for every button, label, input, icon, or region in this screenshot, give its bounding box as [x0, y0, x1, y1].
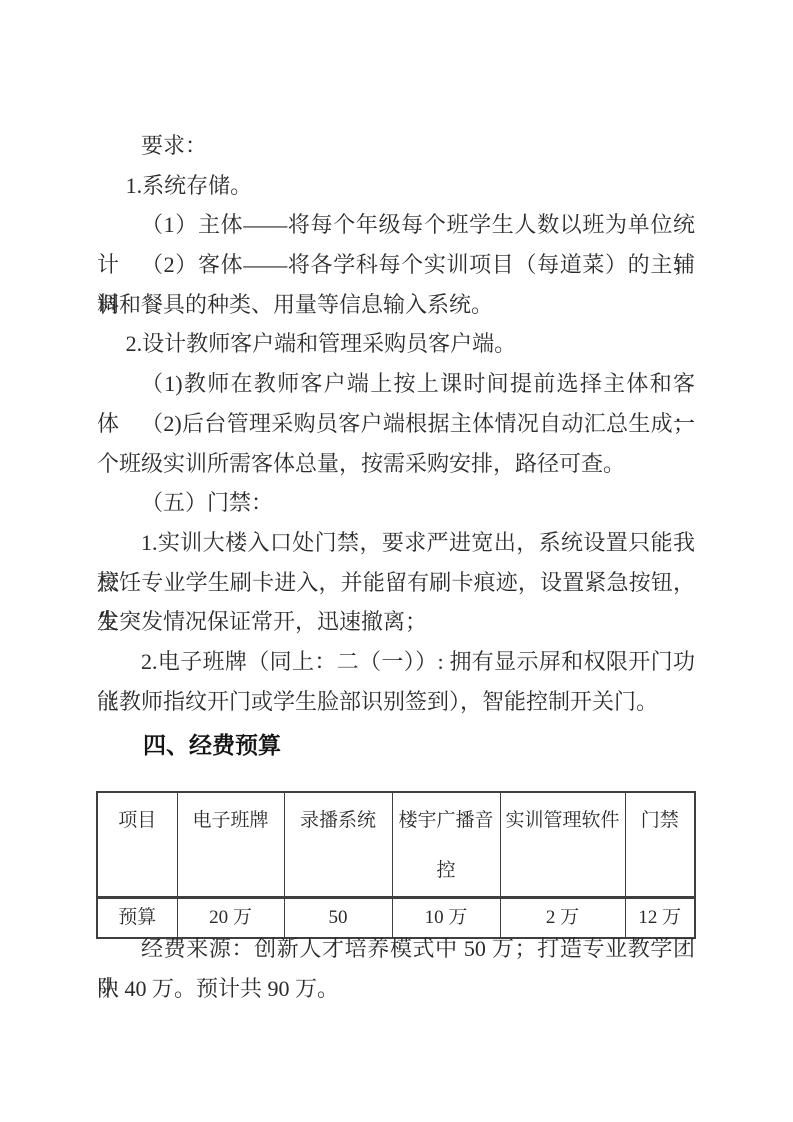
paragraph-line: （2）客体——将各学科每个实训项目（每道菜）的主辅调 — [97, 245, 695, 285]
table-header-cell-class-board: 电子班牌 — [177, 792, 284, 898]
paragraph-line: 中 40 万。预计共 90 万。 — [97, 969, 695, 1009]
table-header-cell-project: 项目 — [97, 792, 177, 898]
closing-paragraph: 经费来源：创新人才培养模式中 50 万；打造专业教学团队 中 40 万。预计共 … — [97, 929, 695, 1008]
paragraph-line: 个班级实训所需客体总量，按需采购安排，路径可查。 — [97, 444, 695, 484]
paragraph-line: （五）门禁： — [97, 483, 695, 523]
paragraph-line: （2)后台管理采购员客户端根据主体情况自动汇总生成一 — [97, 404, 695, 444]
table-header-row: 项目 电子班牌 录播系统 楼宇广播音控 实训管理软件 门禁 — [97, 792, 695, 898]
paragraph-line: 1.系统存储。 — [97, 166, 695, 206]
document-body: 要求： 1.系统存储。 （1）主体——将每个年级每个班学生人数以班为单位统计； … — [97, 126, 695, 721]
table-header-cell-training-software: 实训管理软件 — [500, 792, 625, 898]
paragraph-line: （教师指纹开门或学生脸部识别签到），智能控制开关门。 — [97, 682, 695, 722]
paragraph-line: 烹饪专业学生刷卡进入，并能留有刷卡痕迹，设置紧急按钮，发 — [97, 563, 695, 603]
table-header-cell-door-access: 门禁 — [625, 792, 695, 898]
paragraph-line: （1)教师在教师客户端上按上课时间提前选择主体和客体； — [97, 364, 695, 404]
paragraph-line: 要求： — [97, 126, 695, 166]
paragraph-line: 2.电子班牌（同上：二（一））: 拥有显示屏和权限开门功能 — [97, 642, 695, 682]
paragraph-line: （1）主体——将每个年级每个班学生人数以班为单位统计； — [97, 205, 695, 245]
document-page: 要求： 1.系统存储。 （1）主体——将每个年级每个班学生人数以班为单位统计； … — [0, 0, 793, 1122]
paragraph-line: 1.实训大楼入口处门禁，要求严进宽出，系统设置只能我校 — [97, 523, 695, 563]
table-header-cell-recording-system: 录播系统 — [284, 792, 392, 898]
paragraph-line: 经费来源：创新人才培养模式中 50 万；打造专业教学团队 — [97, 929, 695, 969]
section-heading: 四、经费预算 — [97, 722, 695, 768]
table-header-cell-broadcast-audio: 楼宇广播音控 — [392, 792, 500, 898]
budget-table: 项目 电子班牌 录播系统 楼宇广播音控 实训管理软件 门禁 预算 20 万 50… — [96, 791, 696, 939]
